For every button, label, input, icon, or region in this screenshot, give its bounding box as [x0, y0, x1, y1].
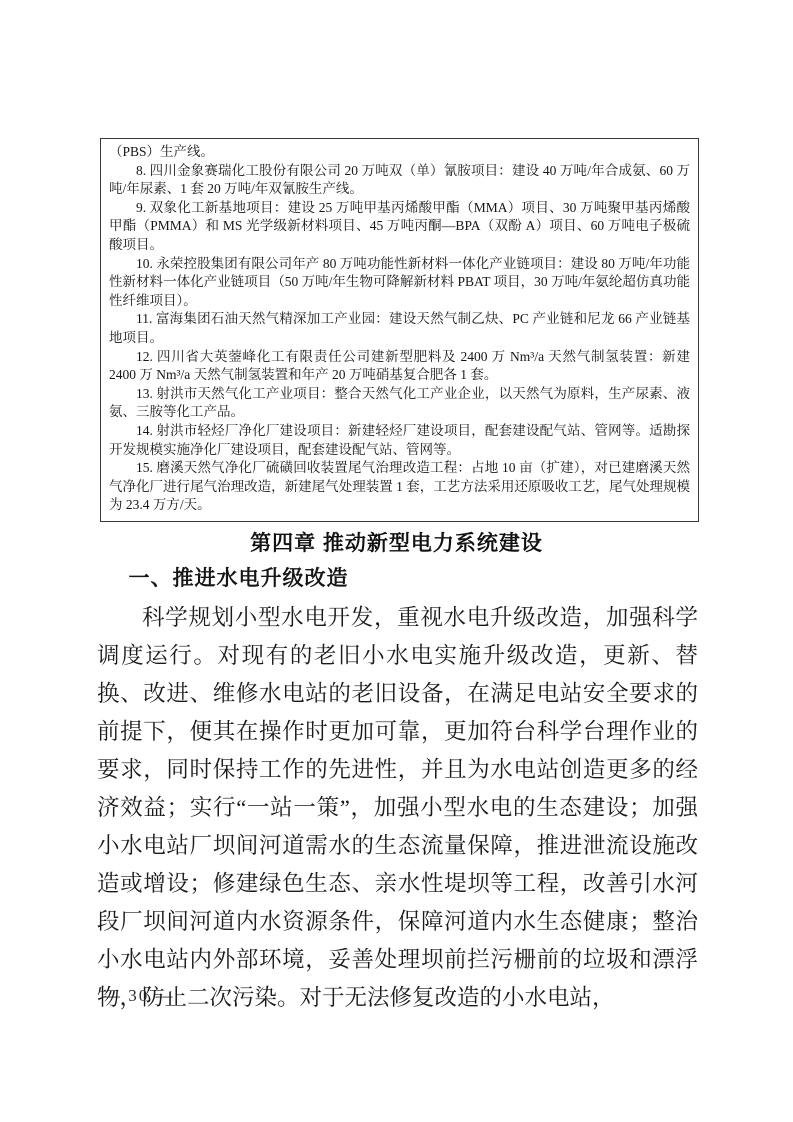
box-item-13: 13. 射洪市天然气化工产业项目：整合天然气化工产业企业，以天然气为原料，生产尿…: [109, 385, 690, 422]
project-list-box: （PBS）生产线。 8. 四川金象赛瑞化工股份有限公司 20 万吨双（单）氰胺项…: [100, 138, 699, 522]
box-item-10: 10. 永荣控股集团有限公司年产 80 万吨功能性新材料一体化产业链项目：建设 …: [109, 255, 690, 311]
section-title: 一、推进水电升级改造: [97, 562, 349, 592]
document-page: （PBS）生产线。 8. 四川金象赛瑞化工股份有限公司 20 万吨双（单）氰胺项…: [0, 0, 793, 1122]
box-item-8: 8. 四川金象赛瑞化工股份有限公司 20 万吨双（单）氰胺项目：建设 40 万吨…: [109, 162, 690, 199]
page-number: — 30 —: [103, 986, 175, 1006]
box-item-12: 12. 四川省大英蓥峰化工有限责任公司建新型肥料及 2400 万 Nm³/a 天…: [109, 348, 690, 385]
box-item-14: 14. 射洪市轻烃厂净化厂建设项目：新建轻烃厂建设项目，配套建设配气站、管网等。…: [109, 422, 690, 459]
chapter-title: 第四章 推动新型电力系统建设: [0, 527, 793, 557]
box-paragraph-continuation: （PBS）生产线。: [109, 143, 690, 162]
box-item-9: 9. 双象化工新基地项目：建设 25 万吨甲基丙烯酸甲酯（MMA）项目、30 万…: [109, 199, 690, 255]
body-paragraph: 科学规划小型水电开发，重视水电升级改造，加强科学调度运行。对现有的老旧小水电实施…: [97, 599, 698, 1017]
box-item-11: 11. 富海集团石油天然气精深加工产业园：建设天然气制乙炔、PC 产业链和尼龙 …: [109, 310, 690, 347]
box-item-15: 15. 磨溪天然气净化厂硫磺回收装置尾气治理改造工程：占地 10 亩（扩建），对…: [109, 459, 690, 515]
